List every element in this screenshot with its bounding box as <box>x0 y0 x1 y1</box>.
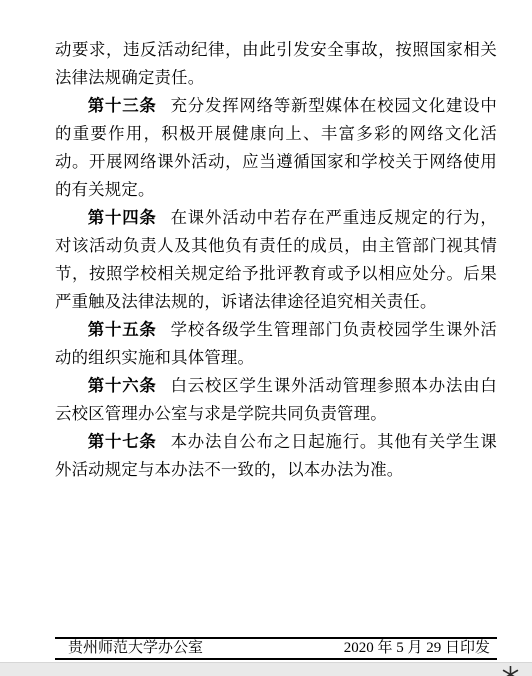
article-label-17: 第十七条 <box>88 432 157 451</box>
article-paragraph-15: 第十五条学校各级学生管理部门负责校园学生课外活动的组织实施和具体管理。 <box>55 316 497 372</box>
footer-issuer: 贵州师范大学办公室 <box>68 639 203 658</box>
footer-row: 贵州师范大学办公室 2020 年 5 月 29 日印发 <box>55 639 497 658</box>
paragraph-continuation: 动要求，违反活动纪律，由此引发安全事故，按照国家相关法律法规确定责任。 <box>55 36 497 92</box>
article-paragraph-17: 第十七条本办法自公布之日起施行。其他有关学生课外活动规定与本办法不一致的，以本办… <box>55 428 497 484</box>
footer-print-date: 2020 年 5 月 29 日印发 <box>344 639 490 658</box>
article-paragraph-14: 第十四条在课外活动中若存在严重违反规定的行为，对该活动负责人及其他负有责任的成员… <box>55 204 497 316</box>
article-label-15: 第十五条 <box>88 320 157 339</box>
document-page: { "document": { "continuation_paragraph"… <box>0 0 532 676</box>
document-body-text: 动要求，违反活动纪律，由此引发安全事故，按照国家相关法律法规确定责任。 第十三条… <box>55 36 497 484</box>
article-label-14: 第十四条 <box>88 208 157 227</box>
footer: 贵州师范大学办公室 2020 年 5 月 29 日印发 <box>55 637 497 660</box>
footer-rule-bottom <box>55 658 497 660</box>
page-gap <box>0 662 532 676</box>
article-label-16: 第十六条 <box>88 376 157 395</box>
article-label-13: 第十三条 <box>88 96 157 115</box>
article-paragraph-13: 第十三条充分发挥网络等新型媒体在校园文化建设中的重要作用，积极开展健康向上、丰富… <box>55 92 497 204</box>
article-paragraph-16: 第十六条白云校区学生课外活动管理参照本办法由白云校区管理办公室与求是学院共同负责… <box>55 372 497 428</box>
asterisk-marker-icon <box>502 666 519 676</box>
